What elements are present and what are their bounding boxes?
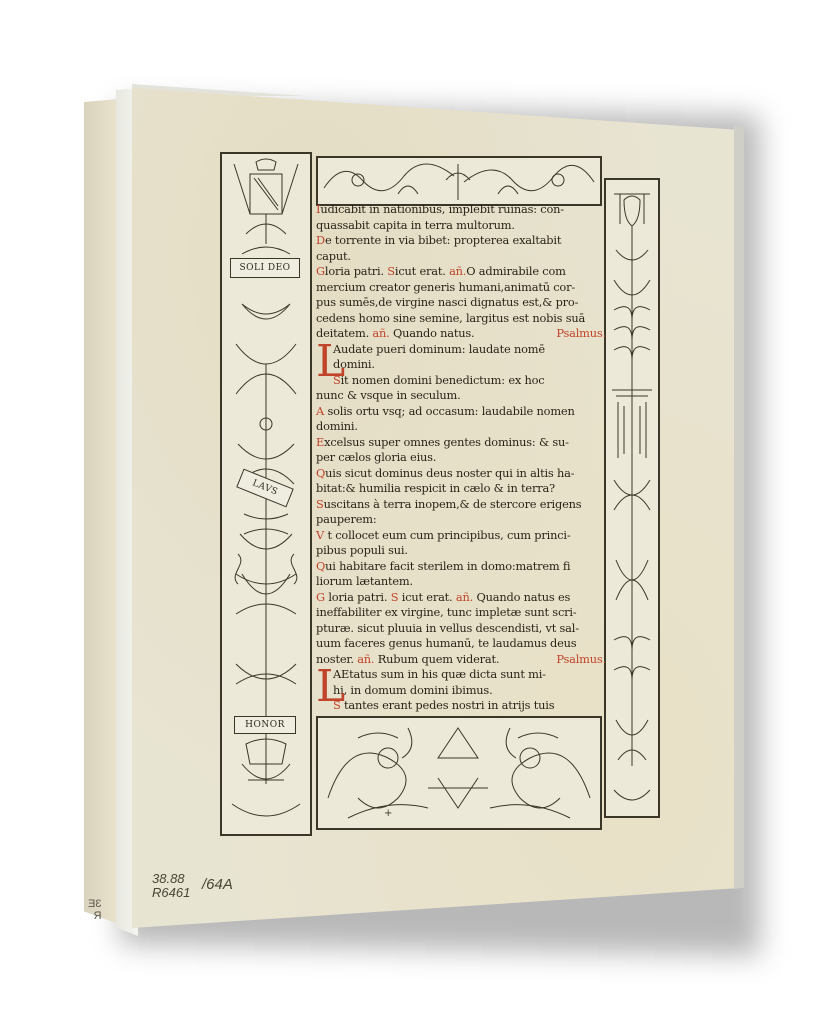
canvas-right-edge bbox=[734, 126, 744, 888]
rubric-initial: G bbox=[316, 590, 325, 604]
line-text: e torrente in via bibet: propterea exalt… bbox=[325, 233, 561, 247]
text-line: liorum lætantem. bbox=[316, 574, 606, 590]
line-text: quassabit capita in terra multorum. bbox=[316, 218, 515, 232]
text-line: De torrente in via bibet: propterea exal… bbox=[316, 233, 606, 249]
line-text: O admirabile com bbox=[466, 264, 566, 278]
antiphon-rubric: añ. bbox=[449, 264, 466, 278]
text-line: caput. bbox=[316, 249, 606, 265]
side-text-2: R bbox=[88, 910, 101, 922]
rubric-initial: G bbox=[316, 264, 325, 278]
catalog-suffix: /64A bbox=[202, 876, 233, 893]
text-line: deitatem. añ. Quando natus.Psalmus. bbox=[316, 326, 606, 342]
text-line: Excelsus super omnes gentes dominus: & s… bbox=[316, 435, 606, 451]
line-text: udicabit in nationibus, implebit ruinas:… bbox=[320, 202, 564, 216]
text-line: Iudicabit in nationibus, implebit ruinas… bbox=[316, 202, 606, 218]
rubric-initial: S bbox=[316, 497, 324, 511]
antiphon-rubric: añ. bbox=[357, 652, 374, 666]
text-line: pauperem: bbox=[316, 512, 606, 528]
line-text: loria patri. bbox=[325, 264, 387, 278]
pencil-catalog-annotation: 38.88 R6461 bbox=[152, 872, 190, 900]
canvas-top-edge bbox=[132, 84, 740, 96]
line-text: mercium creator generis humani,animatū c… bbox=[316, 280, 575, 294]
bottom-ornamental-border: + bbox=[316, 716, 602, 830]
text-line: V t collocet eum cum principibus, cum pr… bbox=[316, 528, 606, 544]
line-text: t collocet eum cum principibus, cum prin… bbox=[324, 528, 570, 542]
text-line: AEtatus sum in his quæ dicta sunt mi- bbox=[316, 667, 606, 683]
line-text: pauperem: bbox=[316, 512, 376, 526]
left-ornamental-border: SOLI DEO LAVS HONOR bbox=[220, 152, 312, 836]
line-text: Audate pueri dominum: laudate nomē bbox=[333, 342, 545, 356]
line-text: uscitans à terra inopem,& de stercore er… bbox=[324, 497, 582, 511]
side-text-1: 3E bbox=[88, 898, 101, 910]
right-candelabra-ornament-icon bbox=[606, 180, 658, 816]
rubric-initial: E bbox=[316, 435, 324, 449]
line-text: it nomen domini benedictum: ex hoc bbox=[341, 373, 545, 387]
line-text: icut erat. bbox=[398, 590, 456, 604]
line-text: solis ortu vsq; ad occasum: laudabile no… bbox=[324, 404, 575, 418]
text-line: Gloria patri. Sicut erat. añ.O admirabil… bbox=[316, 264, 606, 280]
line-text: Quando natus. bbox=[390, 326, 475, 340]
text-line: Suscitans à terra inopem,& de stercore e… bbox=[316, 497, 606, 513]
text-line: nunc & vsque in seculum. bbox=[316, 388, 606, 404]
text-line: mercium creator generis humani,animatū c… bbox=[316, 280, 606, 296]
text-line: Audate pueri dominum: laudate nomē bbox=[316, 342, 606, 358]
line-text: xcelsus super omnes gentes dominus: & su… bbox=[324, 435, 569, 449]
text-line: ineffabiliter ex virgine, tunc impletæ s… bbox=[316, 605, 606, 621]
line-text: per cælos gloria eius. bbox=[316, 450, 436, 464]
text-line: pus sumēs,de virgine nasci dignatus est,… bbox=[316, 295, 606, 311]
line-text: bitat:& humilia respicit in cælo & in te… bbox=[316, 481, 555, 495]
text-line: S tantes erant pedes nostri in atrijs tu… bbox=[316, 698, 606, 714]
line-text: nunc & vsque in seculum. bbox=[316, 388, 461, 402]
plaque-soli-deo: SOLI DEO bbox=[230, 258, 300, 278]
line-text: caput. bbox=[316, 249, 351, 263]
large-rubric-initial: L bbox=[316, 665, 345, 709]
line-text: Quando natus es bbox=[473, 590, 570, 604]
text-line: domini. bbox=[316, 357, 606, 373]
text-line: Qui habitare facit sterilem in domo:matr… bbox=[316, 559, 606, 575]
antiphon-rubric: añ. bbox=[372, 326, 389, 340]
right-ornamental-border bbox=[604, 178, 660, 818]
text-line: pibus populi sui. bbox=[316, 543, 606, 559]
rubric-initial: D bbox=[316, 233, 325, 247]
line-text: domini. bbox=[316, 419, 358, 433]
line-text: uum faceres genus humanū, te laudamus de… bbox=[316, 636, 576, 650]
line-text: pus sumēs,de virgine nasci dignatus est,… bbox=[316, 295, 578, 309]
psalm-block-1: L Audate pueri dominum: laudate nomē dom… bbox=[316, 342, 606, 404]
line-text: loria patri. bbox=[325, 590, 391, 604]
psalm-block-2: L AEtatus sum in his quæ dicta sunt mi- … bbox=[316, 667, 606, 714]
text-line: cedens homo sine semine, largitus est no… bbox=[316, 311, 606, 327]
text-line: domini. bbox=[316, 419, 606, 435]
text-line: bitat:& humilia respicit in cælo & in te… bbox=[316, 481, 606, 497]
line-text: hi, in domum domini ibimus. bbox=[333, 683, 493, 697]
text-line: Sit nomen domini benedictum: ex hoc bbox=[316, 373, 606, 389]
text-line: pturæ. sicut pluuia in vellus descendist… bbox=[316, 621, 606, 637]
rubric-initial: Q bbox=[316, 466, 325, 480]
line-text: liorum lætantem. bbox=[316, 574, 413, 588]
large-rubric-initial: L bbox=[316, 340, 345, 384]
antiphon-rubric: añ. bbox=[456, 590, 473, 604]
top-ornamental-border bbox=[316, 156, 602, 206]
rubric-initial: S bbox=[387, 264, 395, 278]
bottom-scroll-ornament-icon bbox=[318, 718, 600, 828]
psalmus-rubric: Psalmus. bbox=[556, 652, 606, 668]
text-line: quassabit capita in terra multorum. bbox=[316, 218, 606, 234]
text-line: noster. añ. Rubum quem viderat.Psalmus. bbox=[316, 652, 606, 668]
rubric-initial: Q bbox=[316, 559, 325, 573]
text-line: per cælos gloria eius. bbox=[316, 450, 606, 466]
text-line: Quis sicut dominus deus noster qui in al… bbox=[316, 466, 606, 482]
line-text: pibus populi sui. bbox=[316, 543, 408, 557]
line-text: cedens homo sine semine, largitus est no… bbox=[316, 311, 585, 325]
side-mirror-annotation: 3E R bbox=[88, 898, 101, 922]
line-text: tantes erant pedes nostri in atrijs tuis bbox=[341, 698, 555, 712]
line-text: ui habitare facit sterilem in domo:matre… bbox=[325, 559, 570, 573]
line-text: AEtatus sum in his quæ dicta sunt mi- bbox=[333, 667, 546, 681]
plaque-honor: HONOR bbox=[234, 716, 296, 734]
printer-cross-mark: + bbox=[384, 808, 392, 819]
rubric-initial: A bbox=[316, 404, 324, 418]
text-line: uum faceres genus humanū, te laudamus de… bbox=[316, 636, 606, 652]
top-vine-ornament-icon bbox=[318, 158, 600, 204]
psalmus-rubric: Psalmus. bbox=[556, 326, 606, 342]
line-text: ineffabiliter ex virgine, tunc impletæ s… bbox=[316, 605, 576, 619]
text-line: hi, in domum domini ibimus. bbox=[316, 683, 606, 699]
catalog-number-1: 38.88 bbox=[152, 872, 190, 886]
text-line: A solis ortu vsq; ad occasum: laudabile … bbox=[316, 404, 606, 420]
catalog-number-2: R6461 bbox=[152, 886, 190, 900]
line-text: Rubum quem viderat. bbox=[374, 652, 499, 666]
page-text-block: Iudicabit in nationibus, implebit ruinas… bbox=[316, 202, 606, 714]
line-text: uis sicut dominus deus noster qui in alt… bbox=[325, 466, 574, 480]
line-text: icut erat. bbox=[395, 264, 449, 278]
text-line: G loria patri. S icut erat. añ. Quando n… bbox=[316, 590, 606, 606]
rubric-initial: V bbox=[316, 528, 324, 542]
line-text: pturæ. sicut pluuia in vellus descendist… bbox=[316, 621, 579, 635]
